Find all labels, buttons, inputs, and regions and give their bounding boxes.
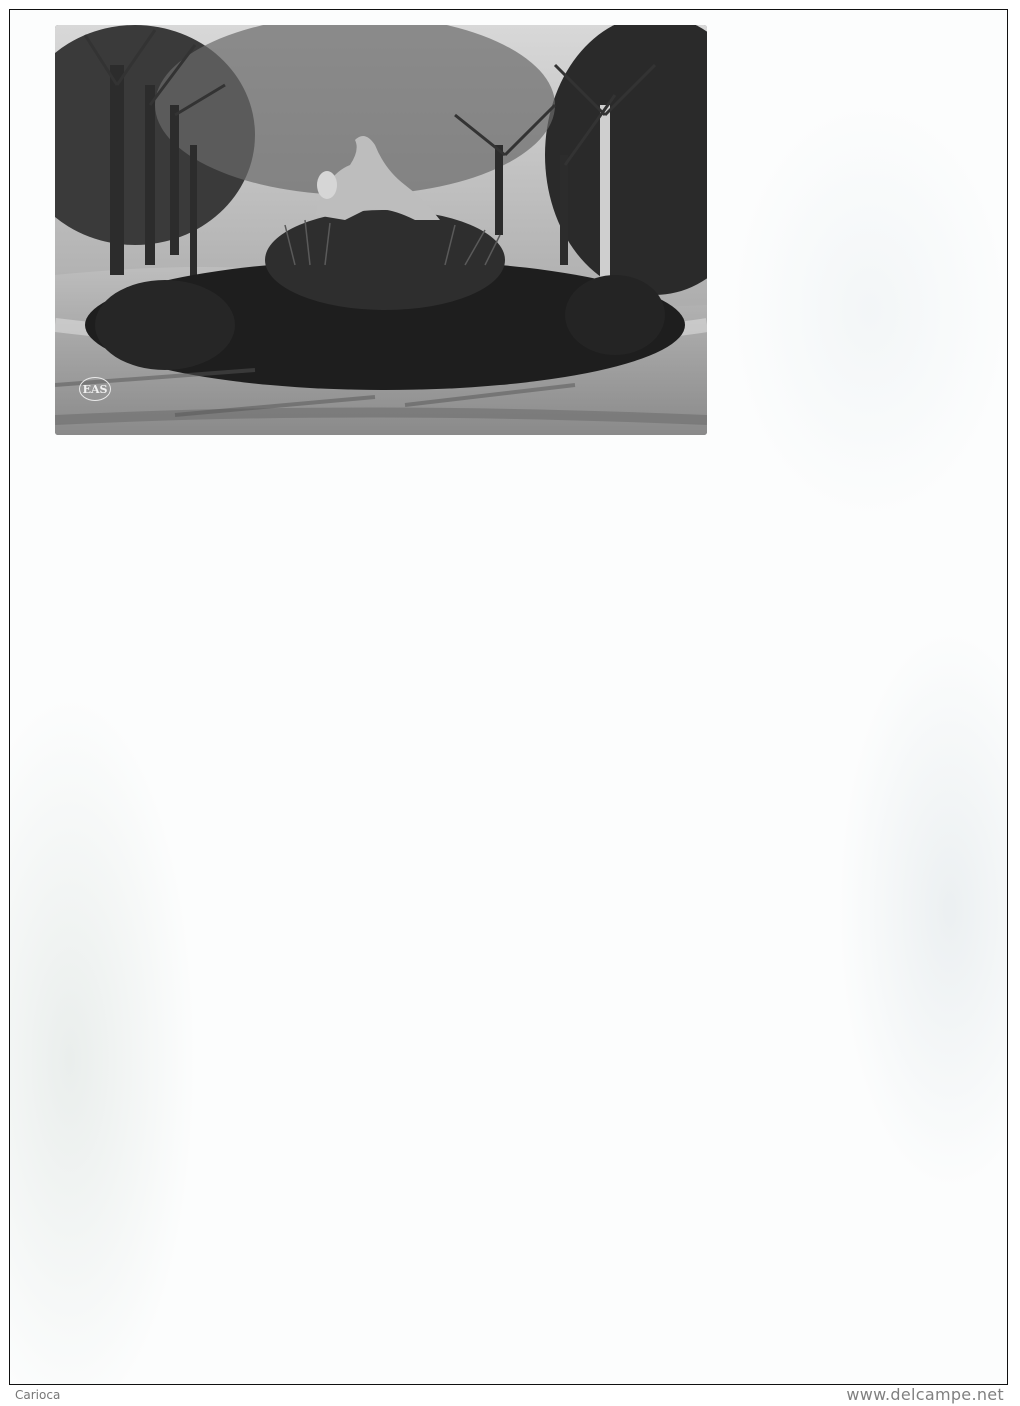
site-watermark: www.delcampe.net — [846, 1385, 1004, 1404]
seller-name: Carioca — [15, 1388, 60, 1402]
postcard-photo: EAS — [55, 25, 707, 435]
publisher-logo: EAS — [79, 377, 111, 401]
park-scene-illustration — [55, 25, 707, 435]
